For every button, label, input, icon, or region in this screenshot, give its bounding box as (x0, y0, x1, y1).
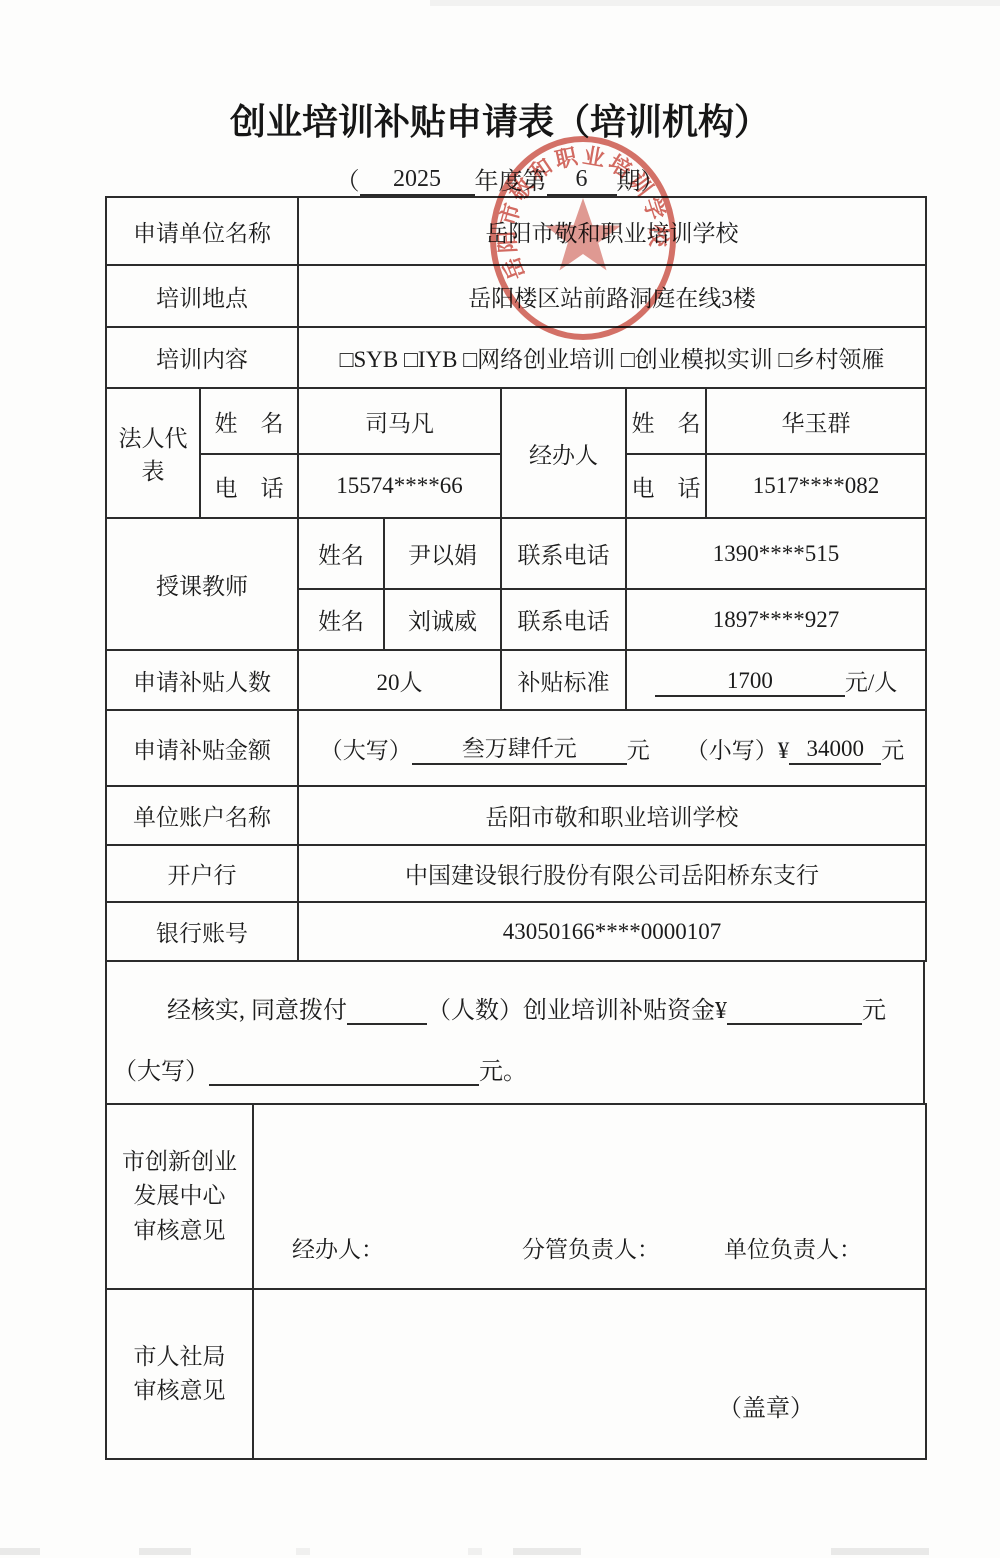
account-no-value: 43050166****0000107 (298, 902, 926, 961)
subsidy-std-value: 1700 (727, 668, 773, 693)
scan-artifact-bottom (0, 1548, 40, 1555)
teacher1-name-label: 姓名 (298, 518, 384, 589)
amount-cap-unit: 元 (627, 738, 650, 763)
unit-name-label: 申请单位名称 (106, 197, 298, 265)
subsidy-count-label: 申请补贴人数 (106, 650, 298, 710)
scan-edge-artifact-top (430, 0, 1000, 6)
application-table: 申请单位名称 岳阳市敬和职业培训学校 培训地点 岳阳楼区站前路洞庭在线3楼 培训… (105, 196, 927, 962)
period-term-blank: 6 (547, 166, 617, 196)
approval-amount-blank (727, 999, 862, 1025)
approval-seg4: （大写） (113, 1059, 209, 1085)
bureau-review-label: 市人社局 审核意见 (106, 1289, 253, 1459)
subsidy-std-unit: 元/人 (845, 670, 897, 695)
amount-cap-blank: 叁万肆仟元 (412, 736, 627, 764)
approval-count-blank (347, 999, 427, 1025)
period-middle-text: 年度第 (475, 169, 547, 195)
center-review-body: 经办人： 分管负责人： 单位负责人： (253, 1104, 926, 1289)
legal-rep-label: 法人代表 (106, 388, 200, 518)
amount-num-unit: 元 (881, 738, 904, 763)
period-year-blank: 2025 (360, 166, 475, 196)
center-review-label: 市创新创业 发展中心 审核意见 (106, 1104, 253, 1289)
agent-phone-value: 1517****082 (706, 454, 926, 518)
amount-num-label: （小写）¥ (686, 738, 790, 763)
row-subsidy-count: 申请补贴人数 20人 补贴标准 1700元/人 (106, 650, 926, 710)
amount-num-blank: 34000 (789, 736, 881, 764)
head-signature-label: 单位负责人： (724, 1231, 862, 1264)
train-content-label: 培训内容 (106, 327, 298, 388)
row-unit-name: 申请单位名称 岳阳市敬和职业培训学校 (106, 197, 926, 265)
teacher2-name-label: 姓名 (298, 589, 384, 650)
bank-value: 中国建设银行股份有限公司岳阳桥东支行 (298, 845, 926, 902)
row-account-no: 银行账号 43050166****0000107 (106, 902, 926, 961)
agent-phone-label: 电 话 (626, 454, 706, 518)
teacher1-name-value: 尹以娟 (384, 518, 501, 589)
legal-rep-phone-label: 电 话 (200, 454, 298, 518)
approval-cap-blank (209, 1060, 479, 1086)
subsidy-std-label: 补贴标准 (501, 650, 626, 710)
seal-here-hint: （盖章） (718, 1388, 814, 1423)
teacher2-phone-value: 1897****927 (626, 589, 926, 650)
scan-artifact-bottom (513, 1548, 581, 1555)
row-subsidy-amount: 申请补贴金额 （大写）叁万肆仟元元（小写）¥34000元 (106, 710, 926, 786)
agent-signature-label: 经办人： (292, 1231, 384, 1264)
row-teacher-1: 授课教师 姓名 尹以娟 联系电话 1390****515 (106, 518, 926, 589)
amount-cap-value: 叁万肆仟元 (462, 736, 577, 761)
period-term-value: 6 (576, 166, 588, 192)
account-name-label: 单位账户名称 (106, 786, 298, 845)
scan-artifact-bottom (139, 1548, 191, 1555)
bureau-review-label-line1: 市人社局 (108, 1340, 251, 1375)
form-title: 创业培训补贴申请表（培训机构） (0, 0, 1000, 145)
row-account-name: 单位账户名称 岳阳市敬和职业培训学校 (106, 786, 926, 845)
center-review-label-line3: 审核意见 (108, 1214, 251, 1249)
approval-seg2: （人数）创业培训补贴资金¥ (427, 998, 727, 1024)
row-bank: 开户行 中国建设银行股份有限公司岳阳桥东支行 (106, 845, 926, 902)
review-table: 市创新创业 发展中心 审核意见 经办人： 分管负责人： 单位负责人： 市人社局 … (105, 1103, 927, 1460)
center-review-label-line2: 发展中心 (108, 1179, 251, 1214)
row-center-review: 市创新创业 发展中心 审核意见 经办人： 分管负责人： 单位负责人： (106, 1104, 926, 1289)
form-period-line: （2025年度第6期） (0, 161, 1000, 196)
bureau-review-label-line2: 审核意见 (108, 1374, 251, 1409)
unit-name-value: 岳阳市敬和职业培训学校 (298, 197, 926, 265)
teacher1-phone-label: 联系电话 (501, 518, 626, 589)
legal-rep-name-value: 司马凡 (298, 388, 501, 454)
bureau-review-body: （盖章） (253, 1289, 926, 1459)
row-bureau-review: 市人社局 审核意见 （盖章） (106, 1289, 926, 1459)
bank-label: 开户行 (106, 845, 298, 902)
center-review-label-line1: 市创新创业 (108, 1145, 251, 1180)
teacher2-phone-label: 联系电话 (501, 589, 626, 650)
train-content-options: □SYB □IYB □网络创业培训 □创业模拟实训 □乡村领雁 (298, 327, 926, 388)
subsidy-amount-label: 申请补贴金额 (106, 710, 298, 786)
agent-name-label: 姓 名 (626, 388, 706, 454)
scan-artifact-bottom (468, 1548, 482, 1555)
legal-rep-name-label: 姓 名 (200, 388, 298, 454)
agent-name-value: 华玉群 (706, 388, 926, 454)
teacher2-name-value: 刘诚威 (384, 589, 501, 650)
approval-seg3: 元 (862, 998, 886, 1024)
approval-seg5: 元。 (479, 1059, 527, 1085)
account-no-label: 银行账号 (106, 902, 298, 961)
train-place-value: 岳阳楼区站前路洞庭在线3楼 (298, 265, 926, 327)
period-close-paren: 期） (617, 169, 665, 195)
row-legal-rep-name: 法人代表 姓 名 司马凡 经办人 姓 名 华玉群 (106, 388, 926, 454)
approval-seg1: 经核实, 同意拨付 (167, 998, 347, 1024)
period-open-paren: （ (336, 169, 360, 195)
subsidy-std-blank: 1700 (655, 668, 845, 696)
row-train-content: 培训内容 □SYB □IYB □网络创业培训 □创业模拟实训 □乡村领雁 (106, 327, 926, 388)
approval-line-2: （大写）元。 (107, 1051, 923, 1086)
teacher1-phone-value: 1390****515 (626, 518, 926, 589)
row-train-place: 培训地点 岳阳楼区站前路洞庭在线3楼 (106, 265, 926, 327)
application-form: 申请单位名称 岳阳市敬和职业培训学校 培训地点 岳阳楼区站前路洞庭在线3楼 培训… (105, 196, 927, 1460)
scan-artifact-bottom (831, 1548, 929, 1555)
subsidy-std-cell: 1700元/人 (626, 650, 926, 710)
legal-rep-phone-value: 15574****66 (298, 454, 501, 518)
train-place-label: 培训地点 (106, 265, 298, 327)
deputy-signature-label: 分管负责人： (522, 1231, 660, 1264)
agent-label: 经办人 (501, 388, 626, 518)
period-year-value: 2025 (393, 166, 441, 192)
amount-num-value: 34000 (807, 736, 865, 761)
subsidy-amount-cell: （大写）叁万肆仟元元（小写）¥34000元 (298, 710, 926, 786)
teachers-label: 授课教师 (106, 518, 298, 650)
subsidy-count-value: 20人 (298, 650, 501, 710)
account-name-value: 岳阳市敬和职业培训学校 (298, 786, 926, 845)
scan-artifact-bottom (296, 1548, 310, 1555)
document-page: 创业培训补贴申请表（培训机构） （2025年度第6期） 申请单位名称 岳阳市敬和… (0, 0, 1000, 1558)
approval-line-1: 经核实, 同意拨付（人数）创业培训补贴资金¥元 (107, 990, 923, 1025)
approval-section: 经核实, 同意拨付（人数）创业培训补贴资金¥元 （大写）元。 (105, 960, 925, 1105)
amount-cap-label: （大写） (320, 738, 412, 763)
